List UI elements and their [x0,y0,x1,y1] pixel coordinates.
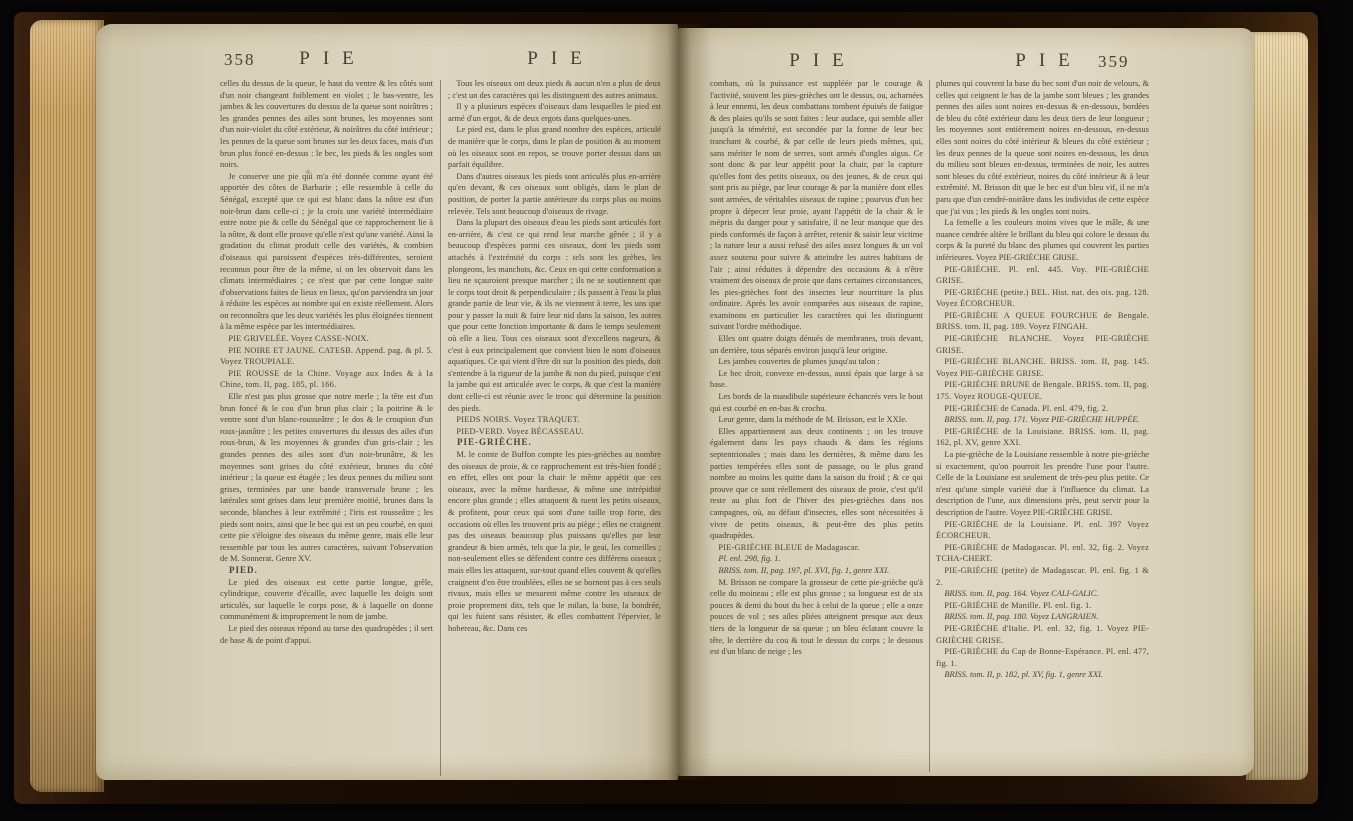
index-entry: PIE-GRIÈCHE de Canada. Pl. enl. 479, fig… [936,403,1149,415]
paragraph: Dans la plupart des oiseaux d'eau les pi… [448,217,661,414]
entry-heading: PIE-GRIÈCHE. [448,437,661,449]
reference-line: Pl. enl. 298, fig. 1. [710,553,923,565]
paragraph: combats, où la puissance est suppléée pa… [710,78,923,333]
column-rule [440,80,441,776]
index-entry: PIEDS NOIRS. Voyez TRAQUET. [448,414,661,426]
running-title: PIE [710,50,923,72]
paragraph: Tous les oiseaux ont deux pieds & aucun … [448,78,661,101]
index-entry: PIED-VERD. Voyez BÉCASSEAU. [448,426,661,438]
left-page-column-2: Tous les oiseaux ont deux pieds & aucun … [448,78,661,780]
left-page: 358 PIE PIE celles du dessus de la queue… [96,24,678,780]
book-photograph: 358 PIE PIE celles du dessus de la queue… [0,0,1353,821]
index-entry: PIE NOIRE ET JAUNE. CATESB. Append. pag.… [220,345,433,368]
paragraph: La pie-grièche de la Louisiane ressemble… [936,449,1149,519]
paragraph: Les jambes couvertes de plumes jusqu'au … [710,356,923,368]
index-entry: PIE-GRIÈCHE BLANCHE. Voyez PIE-GRIÈCHE G… [936,333,1149,356]
paragraph: M. le comte de Buffon compte les pies-gr… [448,449,661,635]
index-entry: PIE-GRIÈCHE BRUNE de Bengale. BRISS. tom… [936,379,1149,402]
index-entry: PIE-GRIÈCHE de Madagascar. Pl. enl. 32, … [936,542,1149,565]
reference-line: BRISS. tom. II, pag. 180. Voyez LANGRAIE… [936,611,1149,623]
paragraph: Elles ont quatre doigts dénués de membra… [710,333,923,356]
index-entry: PIE ROUSSE de la Chine. Voyage aux Indes… [220,368,433,391]
index-entry: PIE-GRIÈCHE (petite.) BEL. Hist. nat. de… [936,287,1149,310]
paragraph: M. Brisson ne compare la grosseur de cet… [710,577,923,658]
paragraph: Les bords de la mandibule supérieure éch… [710,391,923,414]
left-fore-edge [30,20,104,792]
running-title: PIE [220,48,433,70]
paragraph: Je conserve une pie qui m'a été donnée c… [220,171,433,333]
index-entry: PIE GRIVELÉE. Voyez CASSE-NOIX. [220,333,433,345]
index-entry: PIE-GRIÈCHE. Pl. enl. 445. Voy. PIE-GRIÈ… [936,264,1149,287]
index-entry: PIE-GRIÈCHE de la Louisiane. Pl. enl. 39… [936,519,1149,542]
paragraph: Il y a plusieurs espèces d'oiseaux dans … [448,101,661,124]
paragraph: Leur genre, dans la méthode de M. Brisso… [710,414,923,426]
page-number: 359 [1098,52,1130,72]
reference-line: BRISS. tom. II, pag. 164. Voyez CALI-GAL… [936,588,1149,600]
right-page-column-2: plumes qui couvrent la base du bec sont … [936,78,1149,776]
paragraph: celles du dessus de la queue, le haut du… [220,78,433,171]
paragraph: Le pied des oiseaux répond au tarse des … [220,623,433,646]
right-page: PIE PIE 359 combats, où la puissance est… [678,28,1254,776]
right-fore-edge [1246,32,1308,780]
index-entry: PIE-GRIÈCHE (petite) de Madagascar. Pl. … [936,565,1149,588]
index-entry: PIE-GRIÈCHE d'Italie. Pl. enl. 32, fig. … [936,623,1149,646]
paragraph: Le pied est, dans le plus grand nombre d… [448,124,661,170]
index-entry: PIE-GRIÈCHE du Cap de Bonne-Espérance. P… [936,646,1149,669]
paragraph: Le pied des oiseaux est cette partie lon… [220,577,433,623]
left-page-column-1: celles du dessus de la queue, le haut du… [220,78,433,778]
paragraph: Dans d'autres oiseaux les pieds sont art… [448,171,661,217]
index-entry: PIE-GRIÈCHE de Manille. Pl. enl. fig. 1. [936,600,1149,612]
paragraph: La femelle a les couleurs moins vives qu… [936,217,1149,263]
reference-line: BRISS. tom. II, pag. 197, pl. XVI, fig. … [710,565,923,577]
index-entry: PIE-GRIÈCHE BLEUE de Madagascar. [710,542,923,554]
reference-line: BRISS. tom. II, pag. 171. Voyez PIE-GRIÈ… [936,414,1149,426]
paragraph: Le bec droit, convexe en-dessus, aussi é… [710,368,923,391]
index-entry: PIE-GRIÈCHE BLANCHE. BRISS. tom. II, pag… [936,356,1149,379]
reference-line: BRISS. tom. II, p. 182, pl. XV, fig. 1, … [936,669,1149,681]
right-page-column-1: combats, où la puissance est suppléée pa… [710,78,923,776]
entry-heading: PIED. [220,565,433,577]
running-title: PIE [448,48,661,70]
column-rule [929,80,930,772]
paragraph: Elles appartiennent aux deux continents … [710,426,923,542]
index-entry: PIE-GRIÈCHE A QUEUE FOURCHUE de Bengale.… [936,310,1149,333]
index-entry: PIE-GRIÈCHE de la Louisiane. BRISS. tom.… [936,426,1149,449]
paragraph: Elle n'est pas plus grosse que notre mer… [220,391,433,565]
paragraph: plumes qui couvrent la base du bec sont … [936,78,1149,217]
